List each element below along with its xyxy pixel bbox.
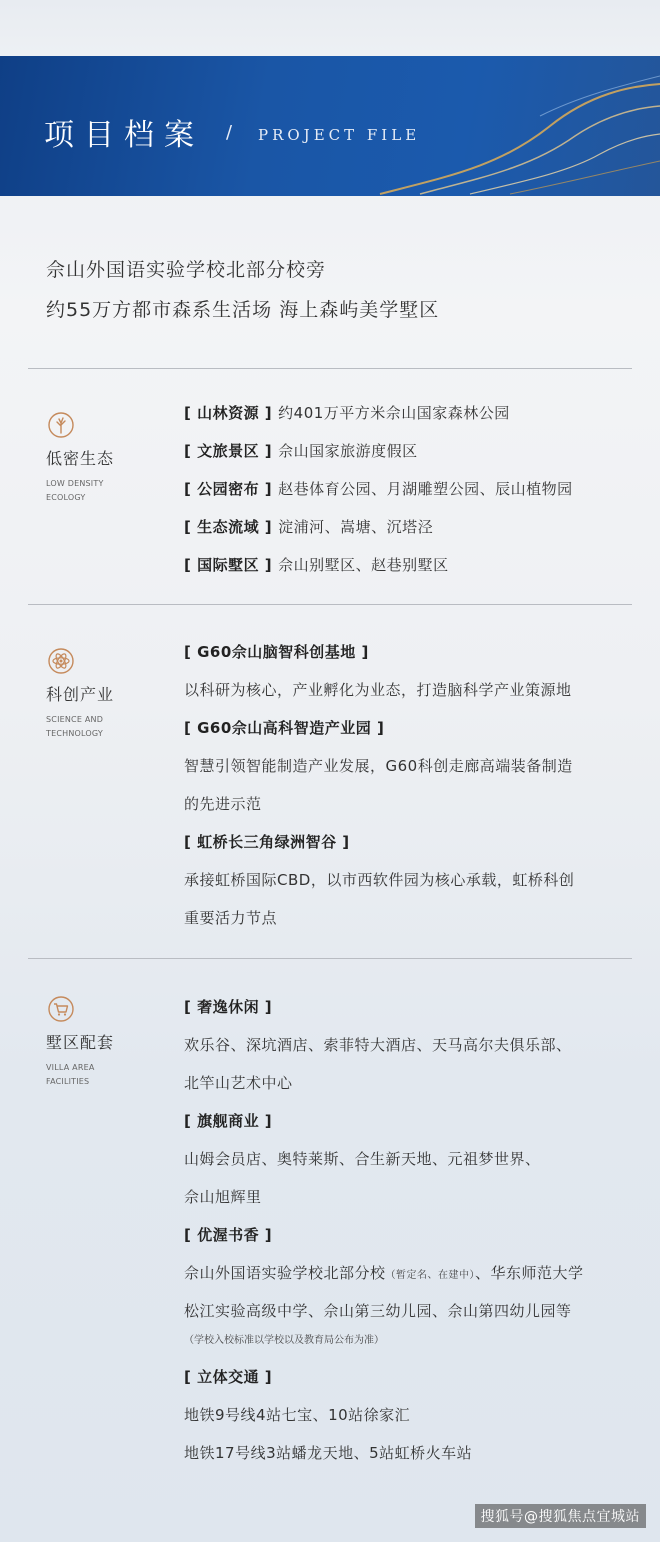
top-background [0,0,660,56]
list-item: [ 山林资源 ]约401万平方米佘山国家森林公园 [184,394,573,432]
watermark: 搜狐号@搜狐焦点宜城站 [475,1504,647,1528]
divider [28,368,632,369]
item-note: （学校入校标准以学校以及教育局公布为准） [184,1330,584,1358]
category-subtitle: LOW DENSITY ECOLOGY [46,477,114,505]
header-banner: 项目档案 / PROJECT FILE [0,56,660,196]
science-list: [ G60佘山脑智科创基地 ] 以科研为核心，产业孵化为业态，打造脑科学产业策源… [184,633,574,937]
item-heading: [ 优渥书香 ] [184,1216,584,1254]
page-title: 项目档案 [44,110,204,154]
intro-text: 佘山外国语实验学校北部分校旁 约55万方都市森系生活场 海上森屿美学墅区 [46,250,439,330]
item-value: 约401万平方米佘山国家森林公园 [278,404,510,422]
item-note-inline: （暂定名、在建中） [386,1270,476,1281]
item-value: 赵巷体育公园、月湖雕塑公园、辰山植物园 [278,480,573,498]
category-subtitle-line: TECHNOLOGY [46,727,114,741]
atom-icon [48,648,74,674]
item-text: 山姆会员店、奥特莱斯、合生新天地、元祖梦世界、 [184,1140,584,1178]
item-heading: [ G60佘山脑智科创基地 ] [184,633,574,671]
item-text: 松江实验高级中学、佘山第三幼儿园、佘山第四幼儿园等 [184,1292,584,1330]
shopping-cart-icon [48,996,74,1022]
category-title: 低密生态 [46,446,114,469]
category-science-technology: 科创产业 SCIENCE AND TECHNOLOGY [46,648,114,741]
category-title: 科创产业 [46,682,114,705]
item-text: 承接虹桥国际CBD，以市西软件园为核心承载，虹桥科创 [184,861,574,899]
category-subtitle: VILLA AREA FACILITIES [46,1061,114,1089]
category-villa-facilities: 墅区配套 VILLA AREA FACILITIES [46,996,114,1089]
item-value: 淀浦河、嵩塘、沉塔泾 [278,518,433,536]
tree-icon [48,412,74,438]
facilities-list: [ 奢逸休闲 ] 欢乐谷、深坑酒店、索菲特大酒店、天马高尔夫俱乐部、 北竿山艺术… [184,988,584,1472]
list-item: [ 文旅景区 ]佘山国家旅游度假区 [184,432,573,470]
divider [28,604,632,605]
divider [28,958,632,959]
item-text: 佘山外国语实验学校北部分校 [184,1264,386,1282]
item-heading: [ 旗舰商业 ] [184,1102,584,1140]
item-text: 地铁9号线4站七宝、10站徐家汇 [184,1396,584,1434]
item-text: 智慧引领智能制造产业发展，G60科创走廊高端装备制造 [184,747,574,785]
item-text: 地铁17号线3站蟠龙天地、5站虹桥火车站 [184,1434,584,1472]
category-title: 墅区配套 [46,1030,114,1053]
intro-line-1: 佘山外国语实验学校北部分校旁 [46,250,439,290]
item-text: 欢乐谷、深坑酒店、索菲特大酒店、天马高尔夫俱乐部、 [184,1026,584,1064]
category-subtitle-line: FACILITIES [46,1075,114,1089]
item-text: 、华东师范大学 [475,1264,584,1282]
item-tag: [ 山林资源 ] [184,404,272,422]
intro-line-2: 约55万方都市森系生活场 海上森屿美学墅区 [46,290,439,330]
category-subtitle-line: SCIENCE AND [46,713,114,727]
item-heading: [ 立体交通 ] [184,1358,584,1396]
item-heading: [ G60佘山高科智造产业园 ] [184,709,574,747]
category-subtitle-line: LOW DENSITY [46,477,114,491]
ecology-list: [ 山林资源 ]约401万平方米佘山国家森林公园 [ 文旅景区 ]佘山国家旅游度… [184,394,573,584]
item-text: 北竿山艺术中心 [184,1064,584,1102]
category-low-density-ecology: 低密生态 LOW DENSITY ECOLOGY [46,412,114,505]
item-text: 以科研为核心，产业孵化为业态，打造脑科学产业策源地 [184,671,574,709]
item-text-mixed: 佘山外国语实验学校北部分校（暂定名、在建中）、华东师范大学 [184,1254,584,1292]
item-value: 佘山别墅区、赵巷别墅区 [278,556,449,574]
item-value: 佘山国家旅游度假区 [278,442,418,460]
list-item: [ 生态流域 ]淀浦河、嵩塘、沉塔泾 [184,508,573,546]
category-subtitle-line: ECOLOGY [46,491,114,505]
item-tag: [ 生态流域 ] [184,518,272,536]
category-subtitle-line: VILLA AREA [46,1061,114,1075]
item-tag: [ 国际墅区 ] [184,556,272,574]
item-tag: [ 公园密布 ] [184,480,272,498]
page-title-english: PROJECT FILE [258,126,420,144]
title-separator: / [226,122,232,143]
item-heading: [ 虹桥长三角绿洲智谷 ] [184,823,574,861]
item-text: 的先进示范 [184,785,574,823]
list-item: [ 国际墅区 ]佘山别墅区、赵巷别墅区 [184,546,573,584]
item-heading: [ 奢逸休闲 ] [184,988,584,1026]
list-item: [ 公园密布 ]赵巷体育公园、月湖雕塑公园、辰山植物园 [184,470,573,508]
item-tag: [ 文旅景区 ] [184,442,272,460]
item-text: 佘山旭辉里 [184,1178,584,1216]
category-subtitle: SCIENCE AND TECHNOLOGY [46,713,114,741]
item-text: 重要活力节点 [184,899,574,937]
